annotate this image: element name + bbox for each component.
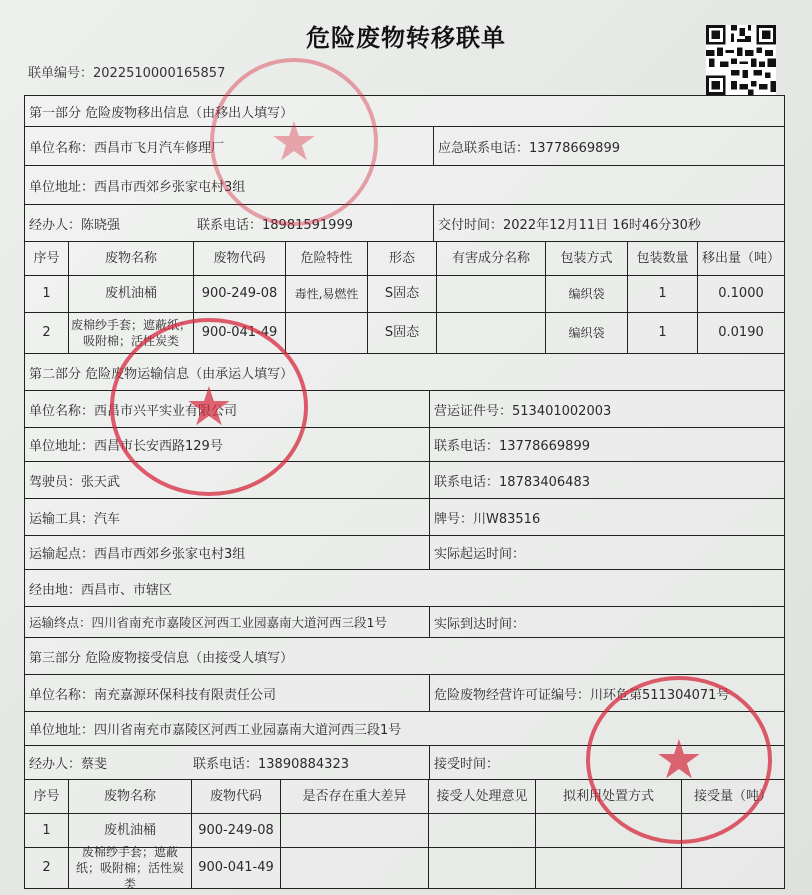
part3-unit-name: 单位名称：南充嘉源环保科技有限责任公司 (25, 675, 429, 711)
p1-col-name: 废物名称 (68, 242, 193, 275)
p3-r1-name: 废机油桶 (68, 814, 191, 847)
part2-address-row: 单位地址：西昌市长安西路129号 联系电话：13778669899 (25, 428, 784, 462)
p1-r1-component (436, 276, 545, 312)
part2-via: 经由地：西昌市、市辖区 (25, 570, 784, 606)
part2-origin: 运输起点：西昌市西郊乡张家屯村3组 (25, 536, 429, 569)
p1-r1-amount: 0.1000 (697, 276, 784, 312)
p3-r1-method (535, 814, 681, 847)
table-row: 2 废棉纱手套；遮蔽纸；吸附棉；活性炭类 900-041-49 S固态 编织袋 … (25, 313, 784, 354)
p1-r1-packaging: 编织袋 (545, 276, 627, 312)
part2-vehicle-row: 运输工具：汽车 牌号：川W83516 (25, 499, 784, 536)
part3-receive-time: 接受时间： (429, 746, 784, 779)
part2-license-no: 营运证件号：513401002003 (429, 391, 784, 427)
part1-delivery-time: 交付时间：2022年12月11日 16时46分30秒 (433, 205, 784, 241)
part2-via-row: 经由地：西昌市、市辖区 (25, 570, 784, 607)
part2-header-row: 第二部分 危险废物运输信息（由承运人填写） (25, 354, 784, 391)
p3-r1-code: 900-249-08 (191, 814, 280, 847)
p1-col-packaging: 包装方式 (545, 242, 627, 275)
p1-r2-component (436, 313, 545, 353)
p1-r2-seq: 2 (25, 313, 68, 353)
part2-destination-row: 运输终点：四川省南充市嘉陵区河西工业园嘉南大道河西三段1号 实际到达时间： (25, 607, 784, 638)
part2-driver-phone: 联系电话：18783406483 (429, 462, 784, 498)
part2-driver: 驾驶员：张天武 (25, 462, 429, 498)
part1-unit-address: 单位地址：西昌市西郊乡张家屯村3组 (25, 166, 784, 204)
part3-handler-cell: 经办人：蔡斐 联系电话：13890884323 (25, 746, 429, 779)
p1-r1-hazard: 毒性,易燃性 (285, 276, 367, 312)
part3-handler-row: 经办人：蔡斐 联系电话：13890884323 接受时间： (25, 746, 784, 780)
table-row: 2 废棉纱手套；遮蔽纸；吸附棉；活性炭类 900-041-49 (25, 848, 784, 888)
part3-header: 第三部分 危险废物接受信息（由接受人填写） (25, 638, 784, 674)
p3-r2-seq: 2 (25, 848, 68, 888)
part2-vehicle: 运输工具：汽车 (25, 499, 429, 535)
p1-r1-name: 废机油桶 (68, 276, 193, 312)
p1-r2-amount: 0.0190 (697, 313, 784, 353)
p1-col-code: 废物代码 (193, 242, 285, 275)
p3-r2-method (535, 848, 681, 888)
part2-header: 第二部分 危险废物运输信息（由承运人填写） (25, 354, 784, 390)
p1-col-pack-qty: 包装数量 (627, 242, 697, 275)
part3-unit-address: 单位地址：四川省南充市嘉陵区河西工业园嘉南大道河西三段1号 (25, 712, 784, 745)
part3-handler-phone: 联系电话：13890884323 (193, 753, 349, 772)
p3-r1-amount (681, 814, 784, 847)
part2-contact-phone: 联系电话：13778669899 (429, 428, 784, 461)
part2-actual-arrival: 实际到达时间： (429, 607, 784, 637)
qr-code-icon (706, 24, 776, 96)
part1-unit-row: 单位名称：西昌市飞月汽车修理厂 应急联系电话：13778669899 (25, 127, 784, 166)
p1-r1-form: S固态 (367, 276, 436, 312)
document-title: 危险废物转移联单 (0, 18, 812, 53)
part1-table-header: 序号 废物名称 废物代码 危险特性 形态 有害成分名称 包装方式 包装数量 移出… (25, 242, 784, 276)
part1-address-row: 单位地址：西昌市西郊乡张家屯村3组 (25, 166, 784, 205)
part3-permit-no: 危险废物经营许可证编号：川环危第511304071号 (429, 675, 784, 711)
p1-r2-hazard (285, 313, 367, 353)
part2-unit-name: 单位名称：西昌市兴平实业有限公司 (25, 391, 429, 427)
part1-handler-cell: 经办人：陈晓强 联系电话：18981591999 (25, 205, 433, 241)
p3-col-seq: 序号 (25, 780, 68, 813)
p3-col-name: 废物名称 (68, 780, 191, 813)
part1-handler: 经办人：陈晓强 (29, 214, 197, 233)
p3-r2-name: 废棉纱手套；遮蔽纸；吸附棉；活性炭类 (68, 848, 191, 888)
part1-header-row: 第一部分 危险废物移出信息（由移出人填写） (25, 96, 784, 127)
p1-r1-seq: 1 (25, 276, 68, 312)
form-number-value: 2022510000165857 (93, 66, 225, 81)
p1-r2-code: 900-041-49 (193, 313, 285, 353)
p3-r1-seq: 1 (25, 814, 68, 847)
p1-r1-pack-qty: 1 (627, 276, 697, 312)
table-row: 1 废机油桶 900-249-08 毒性,易燃性 S固态 编织袋 1 0.100… (25, 276, 784, 313)
part3-header-row: 第三部分 危险废物接受信息（由接受人填写） (25, 638, 784, 675)
p3-r2-opinion (428, 848, 535, 888)
part2-plate: 牌号：川W83516 (429, 499, 784, 535)
transfer-form-sheet: 第一部分 危险废物移出信息（由移出人填写） 单位名称：西昌市飞月汽车修理厂 应急… (24, 95, 785, 889)
p1-col-component: 有害成分名称 (436, 242, 545, 275)
part3-address-row: 单位地址：四川省南充市嘉陵区河西工业园嘉南大道河西三段1号 (25, 712, 784, 746)
part2-unit-row: 单位名称：西昌市兴平实业有限公司 营运证件号：513401002003 (25, 391, 784, 428)
part1-unit-name: 单位名称：西昌市飞月汽车修理厂 (25, 127, 433, 165)
part2-actual-departure: 实际起运时间： (429, 536, 784, 569)
part2-destination: 运输终点：四川省南充市嘉陵区河西工业园嘉南大道河西三段1号 (25, 607, 429, 637)
form-number-label: 联单编号： (28, 66, 93, 81)
p1-col-form: 形态 (367, 242, 436, 275)
p1-r2-pack-qty: 1 (627, 313, 697, 353)
p3-r1-opinion (428, 814, 535, 847)
p1-r1-code: 900-249-08 (193, 276, 285, 312)
part3-unit-row: 单位名称：南充嘉源环保科技有限责任公司 危险废物经营许可证编号：川环危第5113… (25, 675, 784, 712)
p3-col-code: 废物代码 (191, 780, 280, 813)
part1-handler-row: 经办人：陈晓强 联系电话：18981591999 交付时间：2022年12月11… (25, 205, 784, 242)
p1-col-hazard: 危险特性 (285, 242, 367, 275)
part2-driver-row: 驾驶员：张天武 联系电话：18783406483 (25, 462, 784, 499)
p3-r1-difference (280, 814, 428, 847)
part1-header: 第一部分 危险废物移出信息（由移出人填写） (25, 96, 784, 126)
p1-r2-form: S固态 (367, 313, 436, 353)
form-number: 联单编号：2022510000165857 (28, 62, 225, 81)
p3-col-difference: 是否存在重大差异 (280, 780, 428, 813)
p1-r2-packaging: 编织袋 (545, 313, 627, 353)
part3-handler: 经办人：蔡斐 (29, 753, 193, 772)
p3-r2-difference (280, 848, 428, 888)
p3-col-method: 拟利用处置方式 (535, 780, 681, 813)
part2-origin-row: 运输起点：西昌市西郊乡张家屯村3组 实际起运时间： (25, 536, 784, 570)
part1-handler-phone: 联系电话：18981591999 (197, 214, 353, 233)
p1-col-amount: 移出量（吨） (697, 242, 784, 275)
p3-r2-amount (681, 848, 784, 888)
p1-r2-name: 废棉纱手套；遮蔽纸；吸附棉；活性炭类 (68, 313, 193, 353)
p3-col-amount: 接受量（吨） (681, 780, 784, 813)
part3-table-header: 序号 废物名称 废物代码 是否存在重大差异 接受人处理意见 拟利用处置方式 接受… (25, 780, 784, 814)
part2-unit-address: 单位地址：西昌市长安西路129号 (25, 428, 429, 461)
p1-col-seq: 序号 (25, 242, 68, 275)
p3-r2-code: 900-041-49 (191, 848, 280, 888)
p3-col-opinion: 接受人处理意见 (428, 780, 535, 813)
part1-emergency-phone: 应急联系电话：13778669899 (433, 127, 784, 165)
